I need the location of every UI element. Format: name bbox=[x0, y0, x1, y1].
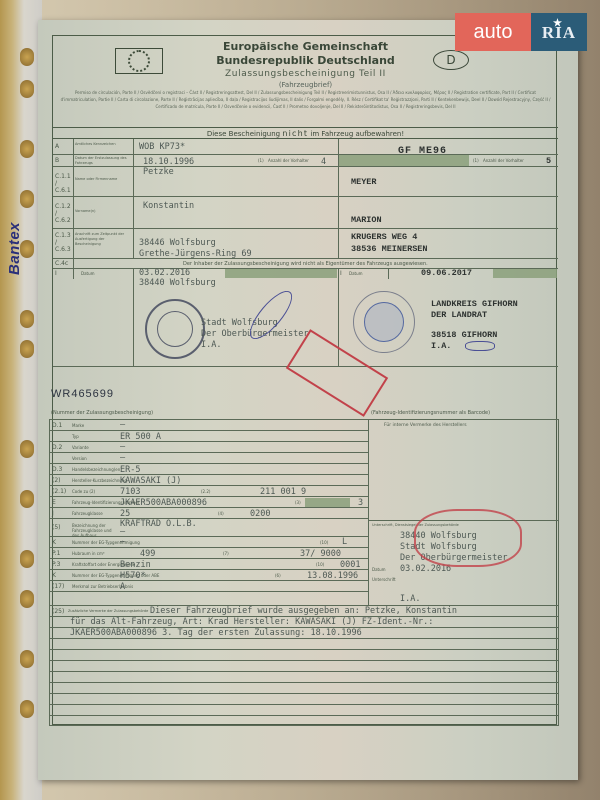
vehicle-class-value: 25 bbox=[120, 509, 130, 519]
row-code: B bbox=[55, 157, 59, 164]
row-code: (10) bbox=[320, 540, 328, 545]
header-title-certificate: Zulassungsbescheinigung Teil II bbox=[53, 69, 558, 79]
row-label: Marke bbox=[72, 423, 84, 428]
row-code: A bbox=[55, 143, 59, 150]
current-authority-title: DER LANDRAT bbox=[431, 310, 487, 320]
remarks-line bbox=[50, 650, 558, 661]
first-registration-date: 18.10.1996 bbox=[143, 157, 194, 167]
previous-issue-date: 03.02.2016 bbox=[139, 268, 190, 278]
current-signature bbox=[465, 341, 495, 351]
punch-hole bbox=[20, 550, 34, 568]
watermark-ria: ★ RIA bbox=[531, 13, 587, 51]
current-authority-ia: I.A. bbox=[431, 341, 451, 351]
row-label: Typ bbox=[72, 434, 79, 439]
issuing-signature-ia: I.A. bbox=[400, 594, 420, 604]
row-label: Vorname(n) bbox=[75, 209, 130, 214]
wolfsburg-seal-stamp bbox=[145, 299, 205, 359]
current-address-city: 38536 MEINERSEN bbox=[351, 244, 428, 254]
row-code: (10) bbox=[316, 562, 324, 567]
row-label: Datum der Erstzulassung des Fahrzeugs bbox=[75, 156, 130, 166]
row-label: Hersteller-Kurzbezeichnung bbox=[72, 478, 127, 483]
vehicle-row-class: J Fahrzeugklasse 25 (4) 0200 bbox=[50, 508, 368, 519]
current-authority-city: 38518 GIFHORN bbox=[431, 330, 497, 340]
issuing-signature-label: Unterschrift bbox=[372, 577, 396, 582]
row-code: P.3 bbox=[52, 561, 60, 568]
remarks-line bbox=[50, 672, 558, 683]
row-code: C.1.2 / C.6.2 bbox=[55, 203, 73, 224]
operating-permit-value: A bbox=[120, 582, 125, 592]
red-round-stamp bbox=[414, 509, 522, 567]
row-code: (25) bbox=[52, 608, 64, 615]
punch-hole bbox=[20, 440, 34, 458]
row-code: I bbox=[55, 270, 57, 277]
certificate-number: WR465699 bbox=[51, 388, 114, 400]
current-owner-firstname: MARION bbox=[351, 215, 382, 225]
trade-name-value: ER-5 bbox=[120, 465, 140, 475]
body-type-value: 0200 bbox=[250, 509, 270, 519]
warning-emphasis: nicht bbox=[282, 129, 308, 138]
holders-label: Anzahl der Vorhalter bbox=[268, 158, 309, 163]
row-code: (2) bbox=[52, 477, 61, 484]
row-label: Code zu (2) bbox=[72, 489, 95, 494]
brand-value: — bbox=[120, 420, 125, 430]
manufacturer-code-value: 7103 bbox=[120, 487, 140, 497]
vehicle-row-displacement: P.1 Hubraum in cm³ 499 (7) 37/ 9000 bbox=[50, 548, 368, 559]
fuel-type-value: Benzin bbox=[120, 560, 151, 570]
previous-address-street: Grethe-Jürgens-Ring 69 bbox=[139, 249, 252, 259]
punch-hole bbox=[20, 140, 34, 158]
row-code: K bbox=[52, 572, 56, 579]
vehicle-row-fuel: P.3 Kraftstoffart oder Energiequelle Ben… bbox=[50, 559, 368, 570]
punch-hole bbox=[20, 650, 34, 668]
holders-box-code: (1) bbox=[473, 158, 479, 163]
header-title-country: Bundesrepublik Deutschland bbox=[53, 54, 558, 67]
row-label: Version bbox=[72, 456, 87, 461]
previous-owner-firstname: Konstantin bbox=[143, 201, 194, 211]
document-form: Europäische Gemeinschaft Bundesrepublik … bbox=[52, 35, 557, 725]
vehicle-row-vin: E Fahrzeug-Identifizierungsnummer JKAER5… bbox=[50, 497, 368, 508]
previous-plate: WOB KP73* bbox=[139, 142, 185, 152]
row-code: E bbox=[52, 499, 56, 506]
previous-address-city: 38446 Wolfsburg bbox=[139, 238, 216, 248]
punch-hole bbox=[20, 490, 34, 508]
green-shading bbox=[493, 269, 557, 278]
current-holders-count: 5 bbox=[546, 156, 551, 166]
row-code: (17) bbox=[52, 583, 64, 590]
row-code: C.4c bbox=[55, 260, 68, 267]
barcode-caption: (Fahrzeug-Identifizierungsnummer als Bar… bbox=[371, 410, 490, 416]
current-address-street: KRUGERS WEG 4 bbox=[351, 232, 417, 242]
row-code: D.2 bbox=[52, 444, 62, 451]
vin-check-digit: 3 bbox=[358, 498, 363, 508]
row-label: Anschrift zum Zeitpunkt der Ausfertigung… bbox=[75, 232, 130, 247]
punch-hole bbox=[20, 48, 34, 66]
date-label: Datum bbox=[81, 271, 95, 276]
remarks-line: JKAER500ABA000896 3. Tag der ersten Zula… bbox=[50, 628, 558, 639]
punch-hole bbox=[20, 590, 34, 608]
punch-hole bbox=[20, 700, 34, 718]
row-label: Amtliches Kennzeichen bbox=[75, 142, 130, 147]
row-c13-address: C.1.3 / C.6.3 Anschrift zum Zeitpunkt de… bbox=[53, 229, 558, 259]
row-label: Name oder Firmenname bbox=[75, 177, 130, 182]
row-code: D.3 bbox=[52, 466, 62, 473]
remarks-line bbox=[50, 716, 558, 726]
owner-disclaimer: Der Inhaber der Zulassungsbescheinigung … bbox=[183, 261, 428, 267]
vehicle-data-grid: Für interne Vermerke des Herstellers D.1… bbox=[49, 419, 559, 606]
remarks-line bbox=[50, 705, 558, 716]
row-code: (3) bbox=[295, 500, 301, 505]
remarks-line: (25) Zusätzliche Vermerke der Zulassungs… bbox=[50, 606, 558, 617]
row-label: Variante bbox=[72, 445, 89, 450]
k-extra-value: L bbox=[342, 537, 347, 547]
row-c4-owner-note: C.4c Der Inhaber der Zulassungsbescheini… bbox=[53, 259, 558, 269]
vehicle-row-class-description: (5) Bezeichnung der Fahrzeugklasse und d… bbox=[50, 519, 368, 537]
punch-hole bbox=[20, 80, 34, 98]
row-code: D.1 bbox=[52, 422, 62, 429]
row-a-plate: A Amtliches Kennzeichen WOB KP73* GF ME9… bbox=[53, 139, 558, 155]
manufacturer-notes-label: Für interne Vermerke des Herstellers bbox=[384, 423, 467, 428]
warning-text-before: Diese Bescheinigung bbox=[207, 130, 282, 138]
warning-text-after: im Fahrzeug aufbewahren! bbox=[308, 130, 404, 138]
autoria-watermark: auto ★ RIA bbox=[455, 13, 587, 51]
row-label: Bezeichnung der Fahrzeugklasse und des A… bbox=[72, 523, 117, 538]
previous-issue-place: 38440 Wolfsburg bbox=[139, 278, 216, 288]
type-code-value: 211 001 9 bbox=[260, 487, 306, 497]
class-description-value-2: — bbox=[120, 527, 125, 537]
current-authority-name: LANDKREIS GIFHORN bbox=[431, 299, 518, 309]
remarks-text-3: JKAER500ABA000896 3. Tag der ersten Zula… bbox=[70, 628, 362, 638]
row-label: Nummer der EG-Typgenehmigung bbox=[72, 540, 140, 545]
vehicle-row-k: K Nummer der EG-Typgenehmigung — (10) L bbox=[50, 537, 368, 548]
version-value: — bbox=[120, 453, 125, 463]
header-subtitle: (Fahrzeugbrief) bbox=[53, 81, 558, 89]
variant-value: — bbox=[120, 442, 125, 452]
vehicle-row-variant: D.2 Variante — bbox=[50, 442, 368, 453]
issuing-date-label: Datum bbox=[372, 567, 386, 572]
certificate-number-caption: (Nummer der Zulassungsbescheinigung) bbox=[51, 410, 153, 416]
green-shading bbox=[225, 269, 337, 278]
row-code: C.1.3 / C.6.3 bbox=[55, 232, 73, 253]
watermark-auto: auto bbox=[455, 13, 531, 51]
remarks-line bbox=[50, 683, 558, 694]
approval-date-value: 13.08.1996 bbox=[307, 571, 358, 581]
previous-owner-surname: Petzke bbox=[143, 167, 174, 177]
remarks-text-2: für das Alt-Fahrzeug, Art: Krad Herstell… bbox=[70, 617, 433, 627]
vehicle-row-type: Typ ER 500 A bbox=[50, 431, 368, 442]
type-value: ER 500 A bbox=[120, 432, 161, 442]
row-label: Handelsbezeichnung(en) bbox=[72, 467, 122, 472]
star-icon: ★ bbox=[553, 4, 563, 44]
vehicle-row-codes: (2.1) Code zu (2) 7103 (2.2) 211 001 9 bbox=[50, 486, 368, 497]
issuing-authority-box: Unterschrift, Dienstsiegel der Zulassung… bbox=[368, 520, 559, 606]
row-code: (7) bbox=[223, 551, 229, 556]
multilingual-note: Permiso de circulación, Parte II / Osvěd… bbox=[57, 89, 554, 110]
row-code: (5) bbox=[52, 524, 61, 531]
previous-authority-ia: I.A. bbox=[201, 340, 221, 350]
punch-hole bbox=[20, 190, 34, 208]
row-code: K bbox=[52, 539, 56, 546]
row-b-first-registration: B Datum der Erstzulassung des Fahrzeugs … bbox=[53, 155, 558, 167]
punch-hole bbox=[20, 340, 34, 358]
vehicle-row-approval: K Nummer der EG-Typgenehmigung oder ABE … bbox=[50, 570, 368, 581]
remarks-line bbox=[50, 694, 558, 705]
vehicle-row-manufacturer: (2) Hersteller-Kurzbezeichnung KAWASAKI … bbox=[50, 475, 368, 486]
power-value: 37/ 9000 bbox=[300, 549, 341, 559]
vin-value: JKAER500ABA000896 bbox=[120, 498, 207, 508]
date-label: Datum bbox=[349, 271, 363, 276]
remarks-section: (25) Zusätzliche Vermerke der Zulassungs… bbox=[49, 606, 559, 726]
remarks-line bbox=[50, 639, 558, 650]
fuel-code-value: 0001 bbox=[340, 560, 360, 570]
previous-holders-count: 4 bbox=[321, 157, 326, 167]
green-shading bbox=[305, 498, 350, 507]
row-code: (2.2) bbox=[201, 489, 210, 494]
row-code: I bbox=[340, 270, 342, 277]
class-description-value: KRAFTRAD O.L.B. bbox=[120, 519, 197, 529]
manufacturer-value: KAWASAKI (J) bbox=[120, 476, 181, 486]
sleeve-brand-label: Bantex bbox=[6, 222, 23, 275]
remarks-line: für das Alt-Fahrzeug, Art: Krad Herstell… bbox=[50, 617, 558, 628]
warning-bar: Diese Bescheinigung nicht im Fahrzeug au… bbox=[53, 127, 558, 139]
displacement-value: 499 bbox=[140, 549, 155, 559]
row-code: C.1.1 / C.6.1 bbox=[55, 173, 73, 194]
row-c12-firstname: C.1.2 / C.6.2 Vorname(n) Konstantin MARI… bbox=[53, 197, 558, 229]
green-shading bbox=[339, 155, 469, 166]
gifhorn-seal-stamp bbox=[353, 291, 415, 353]
row-code: (6) bbox=[275, 573, 281, 578]
current-owner-surname: MEYER bbox=[351, 177, 377, 187]
row-c11-name: C.1.1 / C.6.1 Name oder Firmenname Petzk… bbox=[53, 167, 558, 197]
row-code: (4) bbox=[218, 511, 224, 516]
row-label: Nummer der EG-Typgenehmigung oder ABE bbox=[72, 573, 159, 578]
row-label: Hubraum in cm³ bbox=[72, 551, 105, 556]
vehicle-row-version: Version — bbox=[50, 453, 368, 464]
remarks-label: Zusätzliche Vermerke der Zulassungsbehör… bbox=[68, 609, 148, 613]
row-code: J bbox=[52, 510, 54, 517]
row-code: P.1 bbox=[52, 550, 60, 557]
vehicle-row-d1: D.1 Marke — bbox=[50, 420, 368, 431]
holders-box-code: (1) bbox=[258, 158, 264, 163]
vehicle-row-d3: D.3 Handelsbezeichnung(en) ER-5 bbox=[50, 464, 368, 475]
approval-number-value: H570* bbox=[120, 571, 146, 581]
sleeve-punch-strip bbox=[0, 0, 42, 800]
remarks-line bbox=[50, 661, 558, 672]
row-label: Fahrzeugklasse bbox=[72, 511, 103, 516]
vehicle-row-17: (17) Merkmal zur Betriebserlaubnis A bbox=[50, 581, 368, 592]
row-code: (2.1) bbox=[52, 488, 66, 495]
country-code-badge: D bbox=[433, 50, 469, 70]
punch-hole bbox=[20, 310, 34, 328]
holders-label: Anzahl der Vorhalter bbox=[483, 158, 524, 163]
k-value: — bbox=[120, 537, 125, 547]
current-issue-date: 09.06.2017 bbox=[421, 268, 472, 278]
remarks-text-1: Dieser Fahrzeugbrief wurde ausgegeben an… bbox=[150, 606, 457, 616]
